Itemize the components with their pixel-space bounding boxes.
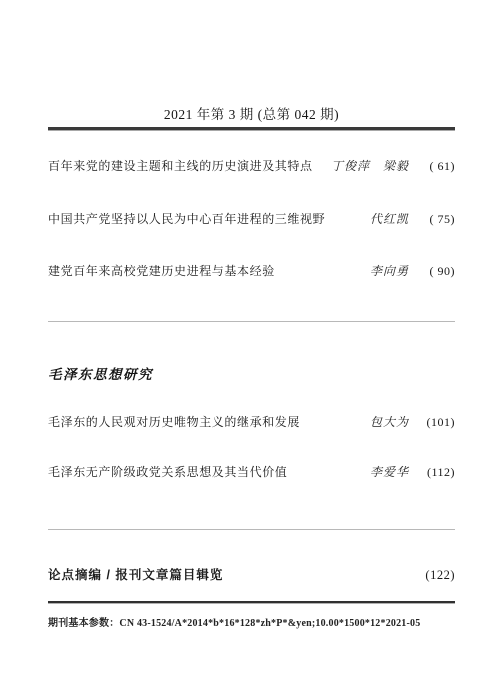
section-divider-line xyxy=(48,321,455,322)
journal-params-label: 期刊基本参数： xyxy=(48,618,119,629)
issue-title: 2021 年第 3 期 (总第 042 期) xyxy=(48,103,455,123)
article-authors: 李向勇 xyxy=(370,262,409,279)
article-page-number: (101) xyxy=(417,415,455,430)
digest-page-number: (122) xyxy=(417,568,455,583)
toc-row: 中国共产党坚持以人民为中心百年进程的三维视野 代红凯 ( 75) xyxy=(48,210,455,227)
journal-basic-parameters: 期刊基本参数：CN 43-1524/A*2014*b*16*128*zh*P*&… xyxy=(48,614,455,629)
article-title: 百年来党的建设主题和主线的历史演进及其特点 xyxy=(48,157,313,174)
article-page-number: ( 61) xyxy=(417,159,455,174)
article-title: 中国共产党坚持以人民为中心百年进程的三维视野 xyxy=(48,210,325,227)
digest-label: 论点摘编 / 报刊文章篇目辑览 xyxy=(48,565,223,583)
footer-rule xyxy=(48,601,455,604)
article-authors: 包大为 xyxy=(370,413,409,430)
digest-row: 论点摘编 / 报刊文章篇目辑览 (122) xyxy=(48,565,455,583)
article-title: 毛泽东的人民观对历史唯物主义的继承和发展 xyxy=(48,413,300,430)
toc-row: 毛泽东无产阶级政党关系思想及其当代价值 李爱华 (112) xyxy=(48,463,455,480)
article-authors: 丁俊萍 梁毅 xyxy=(331,157,409,174)
article-title: 毛泽东无产阶级政党关系思想及其当代价值 xyxy=(48,463,287,480)
header-double-rule xyxy=(48,127,455,131)
article-page-number: ( 75) xyxy=(417,212,455,227)
section-divider-line xyxy=(48,529,455,530)
toc-row: 毛泽东的人民观对历史唯物主义的继承和发展 包大为 (101) xyxy=(48,413,455,430)
article-page-number: (112) xyxy=(417,465,455,480)
toc-row: 百年来党的建设主题和主线的历史演进及其特点 丁俊萍 梁毅 ( 61) xyxy=(48,157,455,174)
article-page-number: ( 90) xyxy=(417,264,455,279)
article-authors: 李爱华 xyxy=(370,463,409,480)
toc-row: 建党百年来高校党建历史进程与基本经验 李向勇 ( 90) xyxy=(48,262,455,279)
section-heading: 毛泽东思想研究 xyxy=(48,363,153,383)
journal-params-value: CN 43-1524/A*2014*b*16*128*zh*P*&yen;10.… xyxy=(119,618,420,629)
article-title: 建党百年来高校党建历史进程与基本经验 xyxy=(48,262,275,279)
article-authors: 代红凯 xyxy=(370,210,409,227)
journal-toc-page: 2021 年第 3 期 (总第 042 期) 百年来党的建设主题和主线的历史演进… xyxy=(0,0,500,700)
